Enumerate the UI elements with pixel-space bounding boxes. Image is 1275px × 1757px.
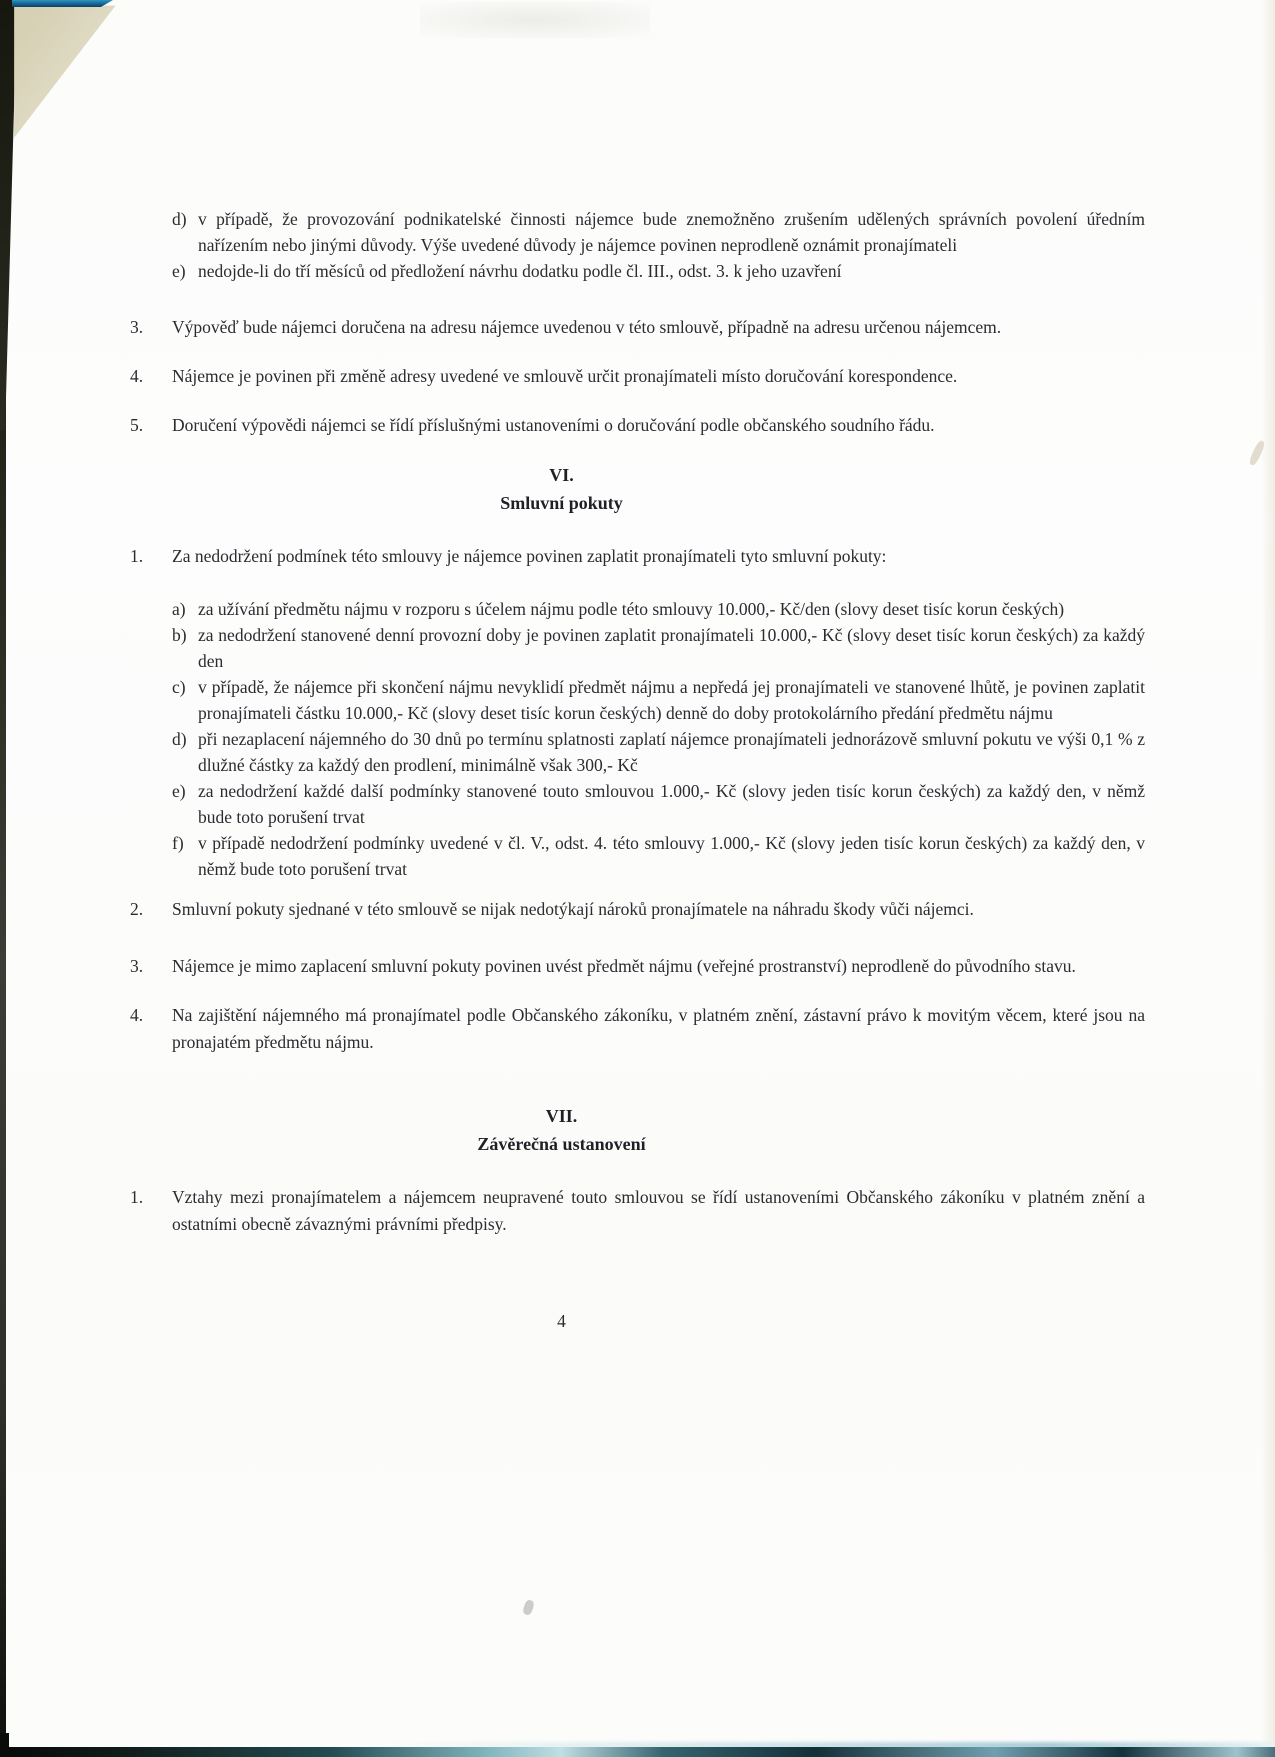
- item-text: Nájemce je povinen při změně adresy uved…: [172, 363, 1145, 390]
- item-number: 5.: [130, 412, 172, 439]
- penalty-item-b: b) za nedodržení stanovené denní provozn…: [172, 622, 1145, 674]
- list-item-text: v případě nedodržení podmínky uvedené v …: [198, 830, 1145, 882]
- item-text: Na zajištění nájemného má pronajímatel p…: [172, 1002, 1145, 1056]
- list-item-label: b): [172, 622, 198, 674]
- page-number: 4: [130, 1308, 1145, 1335]
- item-number: 1.: [130, 543, 172, 570]
- scan-artifact-bottom-left-corner: [0, 1733, 9, 1757]
- penalty-item-a: a) za užívání předmětu nájmu v rozporu s…: [172, 596, 1145, 622]
- list-item-text: za užívání předmětu nájmu v rozporu s úč…: [198, 596, 1145, 622]
- penalty-item-e: e) za nedodržení každé další podmínky st…: [172, 778, 1145, 830]
- list-item-text: nedojde-li do tří měsíců od předložení n…: [198, 258, 1145, 284]
- section-vi-number: VI.: [130, 461, 1145, 489]
- item-number: 3.: [130, 953, 172, 980]
- section-vii-number: VII.: [130, 1102, 1145, 1130]
- item-text: Smluvní pokuty sjednané v této smlouvě s…: [172, 896, 1145, 923]
- section-vii-title: Závěrečná ustanovení: [130, 1130, 1145, 1158]
- penalty-item-c: c) v případě, že nájemce při skončení ná…: [172, 674, 1145, 726]
- item-text: Za nedodržení podmínek této smlouvy je n…: [172, 543, 1145, 570]
- document-content: d) v případě, že provozování podnikatels…: [130, 206, 1145, 1335]
- list-item-text: při nezaplacení nájemného do 30 dnů po t…: [198, 726, 1145, 778]
- list-item-label: e): [172, 778, 198, 830]
- scan-artifact-bottom-strip: [0, 1747, 1275, 1757]
- numbered-item-vi-2: 2. Smluvní pokuty sjednané v této smlouv…: [130, 896, 1145, 923]
- penalty-item-f: f) v případě nedodržení podmínky uvedené…: [172, 830, 1145, 882]
- scan-artifact-right-edge: [1261, 0, 1275, 1757]
- list-item-label: a): [172, 596, 198, 622]
- list-item-text: za nedodržení stanovené denní provozní d…: [198, 622, 1145, 674]
- list-item-label: f): [172, 830, 198, 882]
- list-item-label: d): [172, 726, 198, 778]
- item-number: 1.: [130, 1184, 172, 1238]
- list-item-text: v případě, že provozování podnikatelské …: [198, 206, 1145, 258]
- item-number: 3.: [130, 314, 172, 341]
- item-text: Výpověď bude nájemci doručena na adresu …: [172, 314, 1145, 341]
- numbered-item-vi-1: 1. Za nedodržení podmínek této smlouvy j…: [130, 543, 1145, 570]
- list-item-d-carryover: d) v případě, že provozování podnikatels…: [172, 206, 1145, 258]
- numbered-item-vi-4: 4. Na zajištění nájemného má pronajímate…: [130, 1002, 1145, 1056]
- numbered-item-vii-1: 1. Vztahy mezi pronajímatelem a nájemcem…: [130, 1184, 1145, 1238]
- item-number: 4.: [130, 363, 172, 390]
- scan-artifact-top-smear: [420, 2, 650, 38]
- penalty-item-d: d) při nezaplacení nájemného do 30 dnů p…: [172, 726, 1145, 778]
- section-vi-title: Smluvní pokuty: [130, 489, 1145, 517]
- scan-artifact-top-blue-strip: [12, 0, 113, 7]
- item-number: 2.: [130, 896, 172, 923]
- numbered-item-vi-3: 3. Nájemce je mimo zaplacení smluvní pok…: [130, 953, 1145, 980]
- item-text: Doručení výpovědi nájemci se řídí příslu…: [172, 412, 1145, 439]
- scanned-page: d) v případě, že provozování podnikatels…: [0, 0, 1275, 1757]
- item-text: Nájemce je mimo zaplacení smluvní pokuty…: [172, 953, 1145, 980]
- list-item-label: e): [172, 258, 198, 284]
- scan-artifact-smudge: [522, 1599, 535, 1616]
- list-item-text: za nedodržení každé další podmínky stano…: [198, 778, 1145, 830]
- numbered-item-5: 5. Doručení výpovědi nájemci se řídí pří…: [130, 412, 1145, 439]
- numbered-item-3: 3. Výpověď bude nájemci doručena na adre…: [130, 314, 1145, 341]
- list-item-text: v případě, že nájemce při skončení nájmu…: [198, 674, 1145, 726]
- list-item-label: c): [172, 674, 198, 726]
- item-number: 4.: [130, 1002, 172, 1056]
- list-item-label: d): [172, 206, 198, 258]
- scan-artifact-corner-fold: [5, 0, 119, 142]
- item-text: Vztahy mezi pronajímatelem a nájemcem ne…: [172, 1184, 1145, 1238]
- list-item-e-carryover: e) nedojde-li do tří měsíců od předložen…: [172, 258, 1145, 284]
- numbered-item-4: 4. Nájemce je povinen při změně adresy u…: [130, 363, 1145, 390]
